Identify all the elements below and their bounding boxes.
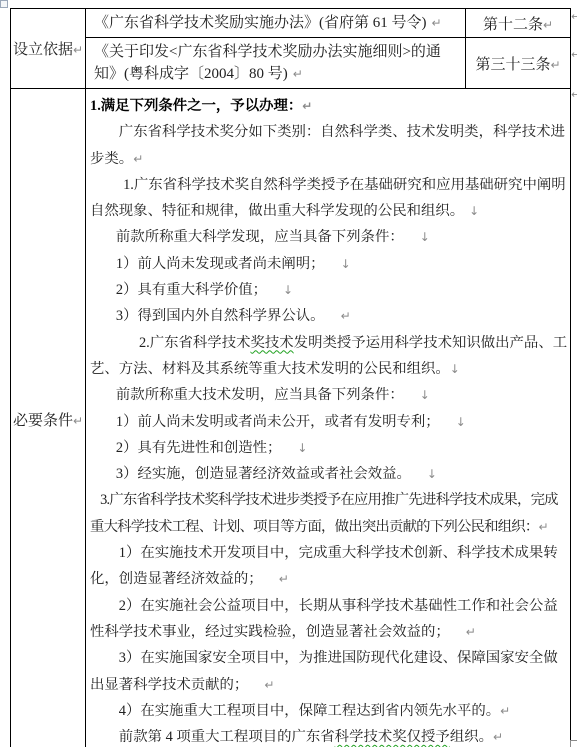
paragraph-mark: ↵ <box>341 309 351 323</box>
conditions-row-label: 必要条件 <box>13 413 73 429</box>
line-break-mark: ↓ <box>283 283 293 297</box>
text-run: 2）在实施社会公益项目中，长期从事科学技术基础性工作和社会公益性科学技术事业，经… <box>90 598 558 640</box>
basis-article-2: 第三十三条 <box>475 57 550 73</box>
table-move-handle-icon[interactable] <box>0 0 8 8</box>
paragraph: 前款所称重大技术发明，应当具备下列条件：↓ <box>90 382 568 408</box>
paragraph: 1）前人尚未发现或者尚未阐明；↓ <box>90 251 568 277</box>
text-run: 1.广东省科学技术奖自然科学类授予在基础研究和应用基础研究中阐明自然现象、特征和… <box>90 177 566 219</box>
paragraph: 前款所称重大科学发现，应当具备下列条件：↓ <box>90 224 568 250</box>
paragraph: 2）具有重大科学价值；↓ <box>90 277 568 303</box>
text-run: 1）前人尚未发明或者尚未公开，或者有发明专利； <box>116 414 440 430</box>
table-row: 设立依据↵ 《广东省科学技术奖励实施办法》(省府第 61 号令)↵ 第十二条↵ <box>11 9 571 38</box>
line-break-mark: ↓ <box>456 415 466 429</box>
basis-title-cell-2: 《关于印发<广东省科学技术奖励办法实施细则>的通知》(粤科成字〔2004〕80 … <box>86 38 466 89</box>
line-break-mark: ↓ <box>341 257 351 271</box>
basis-title-1: 《广东省科学技术奖励实施办法》(省府第 61 号令) <box>94 15 427 31</box>
text-run: 3）在实施国家安全项目中，为推进国防现代化建设、保障国家安全做出显著科学技术贡献… <box>90 650 558 692</box>
text-run: 1）前人尚未发现或者尚未阐明； <box>116 256 325 272</box>
paragraph: 2.广东省科学技术奖技术发明类授予运用科学技术知识做出产品、工艺、方法、材料及其… <box>90 330 568 383</box>
paragraph: 4）在实施重大工程项目中，保障工程达到省内领先水平的。↵ <box>90 698 568 724</box>
paragraph: 1）在实施技术开发项目中，完成重大科学技术创新、科学技术成果转化，创造显著经济效… <box>90 540 568 593</box>
paragraph-mark: ↵ <box>73 414 83 428</box>
paragraph-mark: ↵ <box>550 58 560 72</box>
text-run: 3.广东省科学技术奖科学技术进步类授予在应用推广先进科学技术成果，完成重大科学技… <box>90 492 558 534</box>
paragraph-mark: ↵ <box>539 520 549 534</box>
paragraph: 3.广东省科学技术奖科学技术进步类授予在应用推广先进科学技术成果，完成重大科学技… <box>90 487 568 540</box>
table-resize-handle-icon[interactable] <box>570 740 577 747</box>
text-run: 3）经实施，创造显著经济效益或者社会效益。 <box>116 466 411 482</box>
basis-row-label-cell: 设立依据↵ <box>11 9 86 89</box>
document-page: 设立依据↵ 《广东省科学技术奖励实施办法》(省府第 61 号令)↵ 第十二条↵ … <box>0 0 577 747</box>
text-run: 组织。 <box>450 729 493 745</box>
basis-title-2: 《关于印发<广东省科学技术奖励办法实施细则>的通知》(粤科成字〔2004〕80 … <box>94 44 441 82</box>
paragraph-mark: ↵ <box>133 152 143 166</box>
grammar-underline: 科学技术奖仅授予 <box>335 729 450 745</box>
paragraph: 2）具有先进性和创造性；↓ <box>90 435 568 461</box>
paragraph: 1.广东省科学技术奖自然科学类授予在基础研究和应用基础研究中阐明自然现象、特征和… <box>90 172 568 225</box>
text-run: 4）在实施重大工程项目中，保障工程达到省内领先水平的。 <box>119 703 500 719</box>
line-break-mark: ↓ <box>420 388 430 402</box>
paragraph: 1）前人尚未发明或者尚未公开，或者有发明专利；↓ <box>90 409 568 435</box>
paragraph: 2）在实施社会公益项目中，长期从事科学技术基础性工作和社会公益性科学技术事业，经… <box>90 593 568 646</box>
row-end-mark: ↵ <box>571 88 577 101</box>
paragraph-mark: ↵ <box>73 43 83 57</box>
text-run: 前款第 4 项重大工程项目的广东省 <box>119 729 335 745</box>
text-run: 前款所称重大科学发现，应当具备下列条件： <box>116 229 404 245</box>
table-row: 必要条件↵ 1.满足下列条件之一，予以办理：↵广东省科学技术奖分如下类别：自然科… <box>11 89 571 747</box>
text-run: 2.广东省科学技术 <box>139 335 251 351</box>
paragraph-mark: ↵ <box>500 704 510 718</box>
paragraph-mark: ↵ <box>302 99 312 113</box>
paragraph-mark: ↵ <box>264 678 274 692</box>
grammar-underline: 奖技术 <box>250 335 293 351</box>
text-run: 3）得到国内外自然科学界公认。 <box>116 308 325 324</box>
line-break-mark: ↓ <box>427 467 437 481</box>
line-break-mark: ↓ <box>469 204 479 218</box>
text-run: 1.满足下列条件之一，予以办理： <box>90 98 302 114</box>
basis-row-label: 设立依据 <box>13 42 73 58</box>
paragraph-mark: ↵ <box>466 625 476 639</box>
paragraph-mark: ↵ <box>432 16 442 30</box>
basis-article-1: 第十二条 <box>483 17 543 33</box>
basis-article-cell-2: 第三十三条↵ <box>466 38 571 89</box>
paragraph-mark: ↵ <box>543 18 553 32</box>
text-run: 2）具有重大科学价值； <box>116 282 267 298</box>
row-end-mark: ↵ <box>571 10 577 23</box>
conditions-row-label-cell: 必要条件↵ <box>11 89 86 747</box>
paragraph: 1.满足下列条件之一，予以办理：↵ <box>90 93 568 119</box>
paragraph: 3）经实施，创造显著经济效益或者社会效益。↓ <box>90 461 568 487</box>
paragraph-mark: ↵ <box>493 730 503 744</box>
text-run: 广东省科学技术奖分如下类别：自然科学类、技术发明类，科学技术进步类。 <box>90 124 565 166</box>
line-break-mark: ↓ <box>420 230 430 244</box>
paragraph-mark: ↵ <box>279 572 289 586</box>
approval-conditions-table: 设立依据↵ 《广东省科学技术奖励实施办法》(省府第 61 号令)↵ 第十二条↵ … <box>10 8 571 747</box>
line-break-mark: ↓ <box>297 441 307 455</box>
paragraph: 3）得到国内外自然科学界公认。↵ <box>90 303 568 329</box>
text-run: 1）在实施技术开发项目中，完成重大科学技术创新、科学技术成果转化，创造显著经济效… <box>90 545 558 587</box>
text-run: 前款所称重大技术发明，应当具备下列条件： <box>116 387 404 403</box>
conditions-content: 1.满足下列条件之一，予以办理：↵广东省科学技术奖分如下类别：自然科学类、技术发… <box>86 89 571 747</box>
paragraph: 前款第 4 项重大工程项目的广东省科学技术奖仅授予组织。↵ <box>90 724 568 747</box>
paragraph-mark: ↵ <box>293 67 303 81</box>
paragraph: 广东省科学技术奖分如下类别：自然科学类、技术发明类，科学技术进步类。↵ <box>90 119 568 172</box>
table-row: 《关于印发<广东省科学技术奖励办法实施细则>的通知》(粤科成字〔2004〕80 … <box>11 38 571 89</box>
text-run: 2）具有先进性和创造性； <box>116 440 282 456</box>
basis-title-cell-1: 《广东省科学技术奖励实施办法》(省府第 61 号令)↵ <box>86 9 466 38</box>
basis-article-cell-1: 第十二条↵ <box>466 9 571 38</box>
line-break-mark: ↓ <box>450 362 460 376</box>
paragraph: 3）在实施国家安全项目中，为推进国防现代化建设、保障国家安全做出显著科学技术贡献… <box>90 645 568 698</box>
row-end-mark: ↵ <box>571 48 577 61</box>
